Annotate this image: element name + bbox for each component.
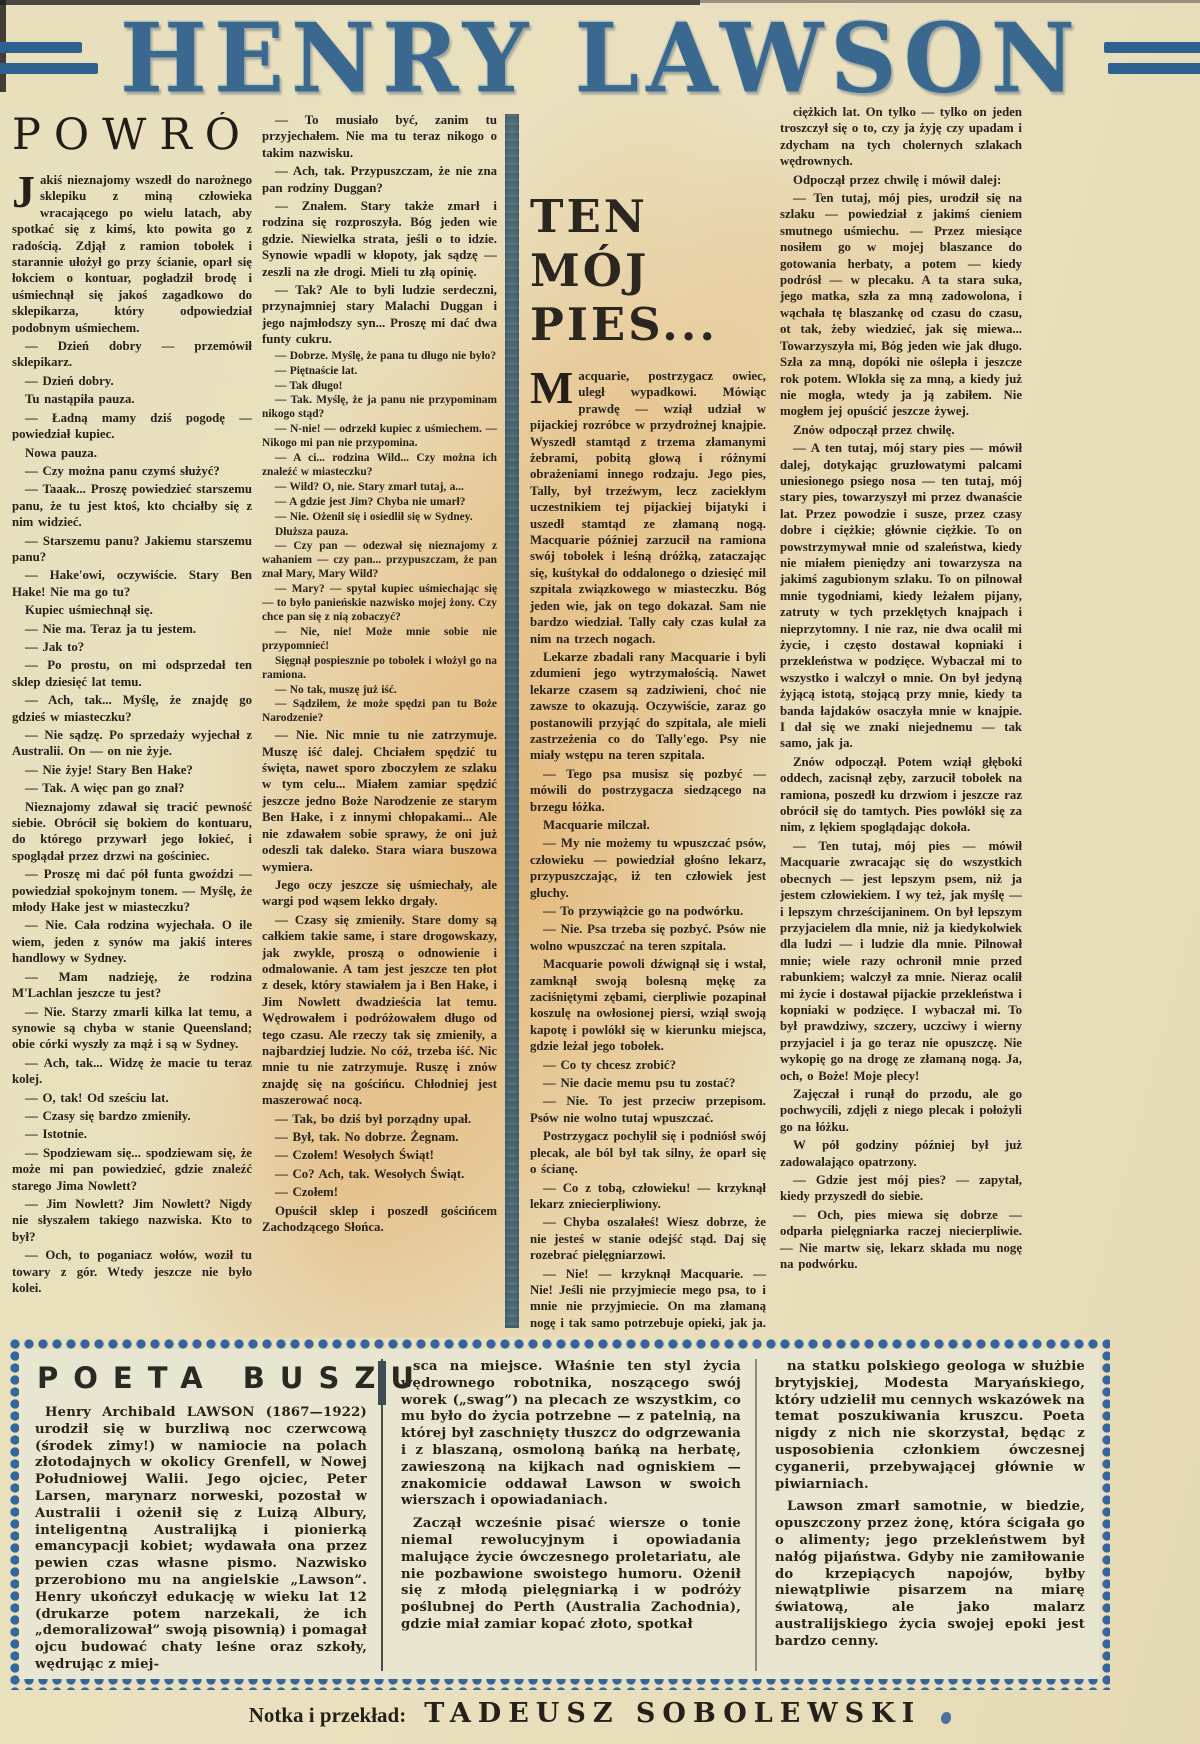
paragraph: Odpoczął przez chwilę i mówił dalej: [780,172,1022,188]
paragraph: — Czasy się zmieniły. Stare domy są całk… [262,912,497,1109]
paragraph: Dłuższa pauza. [262,526,497,540]
story-pies-column-1: TEN MÓJ PIES... Macquarie, postrzygacz o… [530,112,766,1332]
paragraph: — Ten tutaj, mój pies — mówił Macquarie … [780,838,1022,1084]
paragraph: — Mary? — spytał kupiec uśmiechając się … [262,583,497,625]
masthead-rule-left [0,42,98,74]
paragraph: Kupiec uśmiechnął się. [12,602,252,618]
paragraph: — Po prostu, on mi odsprzedał ten sklep … [12,657,252,690]
paragraph: — A ci... rodzina Wild... Czy można ich … [262,452,497,480]
paragraph: — Jim Nowlett? Jim Nowlett? Nigdy nie sł… [12,1196,252,1245]
paragraph: — Gdzie jest mój pies? — zapytał, kiedy … [780,1172,1022,1205]
masthead: HENRY LAWSON [0,4,1200,112]
paragraph: — O, tak! Od sześciu lat. [12,1090,252,1106]
story-pies-column-1-text: Macquarie, postrzygacz owiec, uległ wypa… [530,368,766,1332]
ink-smudge [941,1712,951,1724]
paragraph: sca na miejsce. Właśnie ten styl życia w… [401,1359,741,1510]
paragraph: — Nie, nie! Może mnie sobie nie przypomn… [262,626,497,654]
paragraph: Zaczął wcześnie pisać wiersze o tonie ni… [401,1516,741,1634]
paragraph: — Jak to? [12,639,252,655]
story-powrot-title: POWRÓT [12,112,252,158]
paragraph: — Co ty chcesz zrobić? [530,1057,766,1073]
story-powrot-column-1: POWRÓT Jakiś nieznajomy wszedł do narożn… [12,112,252,1332]
paragraph: — Piętnaście lat. [262,365,497,379]
paragraph: — Hake'owi, oczywiście. Stary Ben Hake! … [12,567,252,600]
column-divider-rule [505,114,519,1328]
paragraph: Znów odpoczął. Potem wziął głęboki oddec… [780,754,1022,836]
paragraph: Opuścił sklep i poszedł gościńcem Zachod… [262,1203,497,1236]
paragraph: — Czy pan — odezwał się nieznajomy z wah… [262,540,497,582]
paragraph: — Nie żyje! Stary Ben Hake? [12,762,252,778]
story-powrot-column-2-text-top: — To musiało być, zanim tu przyjechałem.… [262,112,497,348]
paragraph: — Tak, bo dziś był porządny upał. [262,1111,497,1127]
bio-box-column-3-text: na statku polskiego geologa w służbie br… [775,1359,1085,1651]
paragraph: — Proszę mi dać pół funta gwoździ — powi… [12,866,252,915]
story-powrot-column-2-text-bottom: — Nie. Nic mnie tu nie zatrzymuje. Muszę… [262,727,497,1235]
bio-box-title: POETA BUSZU [37,1361,367,1395]
paragraph: Henry Archibald LAWSON (1867—1922) urodz… [35,1405,367,1674]
paragraph: — Znałem. Stary także zmarł i rodzina si… [262,198,497,280]
paragraph: — Dzień dobry. [12,373,252,389]
paragraph: Znów odpoczął przez chwilę. [780,422,1022,438]
paragraph: — Taaak... Proszę powiedzieć starszemu p… [12,481,252,530]
paragraph: — Nie. Cała rodzina wyjechała. O ile wie… [12,917,252,966]
bio-box: POETA BUSZU Henry Archibald LAWSON (1867… [8,1338,1110,1690]
paragraph: — Och, to poganiacz wołów, woził tu towa… [12,1247,252,1296]
story-pies-column-2: ciężkich lat. On tylko — tylko on jeden … [780,104,1022,1334]
paragraph: — Czasy się bardzo zmieniły. [12,1108,252,1124]
paragraph: ciężkich lat. On tylko — tylko on jeden … [780,104,1022,170]
paragraph: — Starszemu panu? Jakiemu starszemu panu… [12,533,252,566]
story-pies-column-2-text: ciężkich lat. On tylko — tylko on jeden … [780,104,1022,1272]
paragraph: Tu nastąpiła pauza. [12,391,252,407]
paragraph: — A gdzie jest Jim? Chyba nie umarł? [262,496,497,510]
paragraph: — Wild? O, nie. Stary zmarł tutaj, a... [262,481,497,495]
credit-translator-name: TADEUSZ SOBOLEWSKI [424,1698,921,1729]
paragraph: — Czołem! [262,1184,497,1200]
story-pies-title: TEN MÓJ PIES... [530,190,766,352]
paragraph: — Nie. Psa trzeba się pozbyć. Psów nie w… [530,921,766,954]
paragraph: — To musiało być, zanim tu przyjechałem.… [262,112,497,161]
story-pies-title-line1: TEN MÓJ [530,190,766,298]
paragraph: Nowa pauza. [12,445,252,461]
paragraph: — Spodziewam się... spodziewam się, że m… [12,1145,252,1194]
paragraph: — Nie! — krzyknął Macquarie. — Nie! Jeśl… [530,1266,766,1332]
paragraph: — Nie. Starzy zmarli kilka lat temu, a s… [12,1004,252,1053]
paragraph: — Tak? Ale to byli ludzie serdeczni, prz… [262,282,497,348]
scanned-newspaper-page: { "masthead": { "title": "HENRY LAWSON" … [0,0,1200,1744]
masthead-rule-right [1104,42,1200,74]
paragraph: Zajęczał i runął do przodu, ale go pochw… [780,1086,1022,1135]
paragraph: — Chyba oszalałeś! Wiesz dobrze, że nie … [530,1214,766,1263]
bio-box-column-3: na statku polskiego geologa w służbie br… [775,1359,1085,1671]
paragraph: — My nie możemy tu wpuszczać psów, człow… [530,835,766,901]
masthead-title: HENRY LAWSON [120,6,1082,110]
bio-box-column-2: sca na miejsce. Właśnie ten styl życia w… [401,1359,757,1671]
paragraph: Macquarie powoli dźwignął się i wstał, z… [530,956,766,1054]
bio-box-inner: POETA BUSZU Henry Archibald LAWSON (1867… [19,1349,1099,1679]
story-powrot-column-1-text: Jakiś nieznajomy wszedł do narożnego skl… [12,172,252,1296]
paragraph: — Tak. Myślę, że ja panu nie przypominam… [262,394,497,422]
paragraph: — Nie ma. Teraz ja tu jestem. [12,621,252,637]
paragraph: Postrzygacz pochylił się i podniósł swój… [530,1128,766,1177]
paragraph: — Czy można panu czymś służyć? [12,463,252,479]
paragraph: — Ten tutaj, mój pies, urodził się na sz… [780,190,1022,420]
paragraph: — Och, pies miewa się dobrze — odparła p… [780,1207,1022,1273]
paragraph: — A ten tutaj, mój stary pies — mówił da… [780,440,1022,752]
paragraph: — Ach, tak... Myślę, że znajdę go gdzieś… [12,692,252,725]
paragraph: — Ładną mamy dziś pogodę — powiedział ku… [12,410,252,443]
paragraph: — To przywiążcie go na podwórku. [530,903,766,919]
story-powrot-column-2-text-small: — Dobrze. Myślę, że pana tu długo nie by… [262,350,497,727]
paragraph: — Nie sądzę. Po sprzedaży wyjechał z Aus… [12,727,252,760]
paragraph: — Tak. A więc pan go znał? [12,780,252,796]
paragraph: W pół godziny później był już zadowalają… [780,1137,1022,1170]
paragraph: Lekarze zbadali rany Macquarie i byli zd… [530,649,766,764]
paragraph: Macquarie, postrzygacz owiec, uległ wypa… [530,368,766,647]
paragraph: — Dobrze. Myślę, że pana tu długo nie by… [262,350,497,364]
credit-label: Notka i przekład: [249,1703,407,1727]
paragraph: Lawson zmarł samotnie, w biedzie, opuszc… [775,1499,1085,1650]
paragraph: — Czołem! Wesołych Świąt! [262,1147,497,1163]
paragraph: — Nie. Nic mnie tu nie zatrzymuje. Muszę… [262,727,497,875]
paragraph: Macquarie milczał. [530,817,766,833]
bio-box-column-1: POETA BUSZU Henry Archibald LAWSON (1867… [35,1359,383,1671]
paragraph: — Ach, tak... Widzę że macie tu teraz ko… [12,1055,252,1088]
paragraph: — N-nie! — odrzekł kupiec z uśmiechem. —… [262,423,497,451]
paragraph: Jakiś nieznajomy wszedł do narożnego skl… [12,172,252,336]
paragraph: — No tak, muszę już iść. [262,684,497,698]
paragraph: — Tego psa musisz się pozbyć — mówili do… [530,766,766,815]
credit-line: Notka i przekład: TADEUSZ SOBOLEWSKI [0,1698,1200,1729]
paragraph: — Nie dacie memu psu tu zostać? [530,1075,766,1091]
paragraph: — Ach, tak. Przypuszczam, że nie zna pan… [262,163,497,196]
paragraph: — Tak długo! [262,380,497,394]
paragraph: — Mam nadzieję, że rodzina M'Lachlan jes… [12,969,252,1002]
paragraph: — Nie. To jest przeciw przepisom. Psów n… [530,1093,766,1126]
paragraph: — Co z tobą, człowieku! — krzyknął lekar… [530,1180,766,1213]
story-powrot-column-2: — To musiało być, zanim tu przyjechałem.… [262,112,497,1332]
paragraph: Jego oczy jeszcze się uśmiechały, ale wa… [262,877,497,910]
story-pies-title-line2: PIES... [530,298,766,352]
paragraph: — Istotnie. [12,1126,252,1142]
paragraph: Nieznajomy zdawał się tracić pewność sie… [12,799,252,865]
paragraph: — Był, tak. No dobrze. Żegnam. [262,1129,497,1145]
paragraph: — Co? Ach, tak. Wesołych Świąt. [262,1166,497,1182]
paragraph: Sięgnął pospiesznie po tobołek i włożył … [262,655,497,683]
paragraph: — Nie. Ożenił się i osiedlił się w Sydne… [262,511,497,525]
bio-box-column-1-text: Henry Archibald LAWSON (1867—1922) urodz… [35,1405,367,1674]
paragraph: — Dzień dobry — przemówił sklepikarz. [12,338,252,371]
paragraph: na statku polskiego geologa w służbie br… [775,1359,1085,1493]
paragraph: — Sądziłem, że może spędzi pan tu Boże N… [262,698,497,726]
bio-box-column-2-text: sca na miejsce. Właśnie ten styl życia w… [401,1359,741,1634]
